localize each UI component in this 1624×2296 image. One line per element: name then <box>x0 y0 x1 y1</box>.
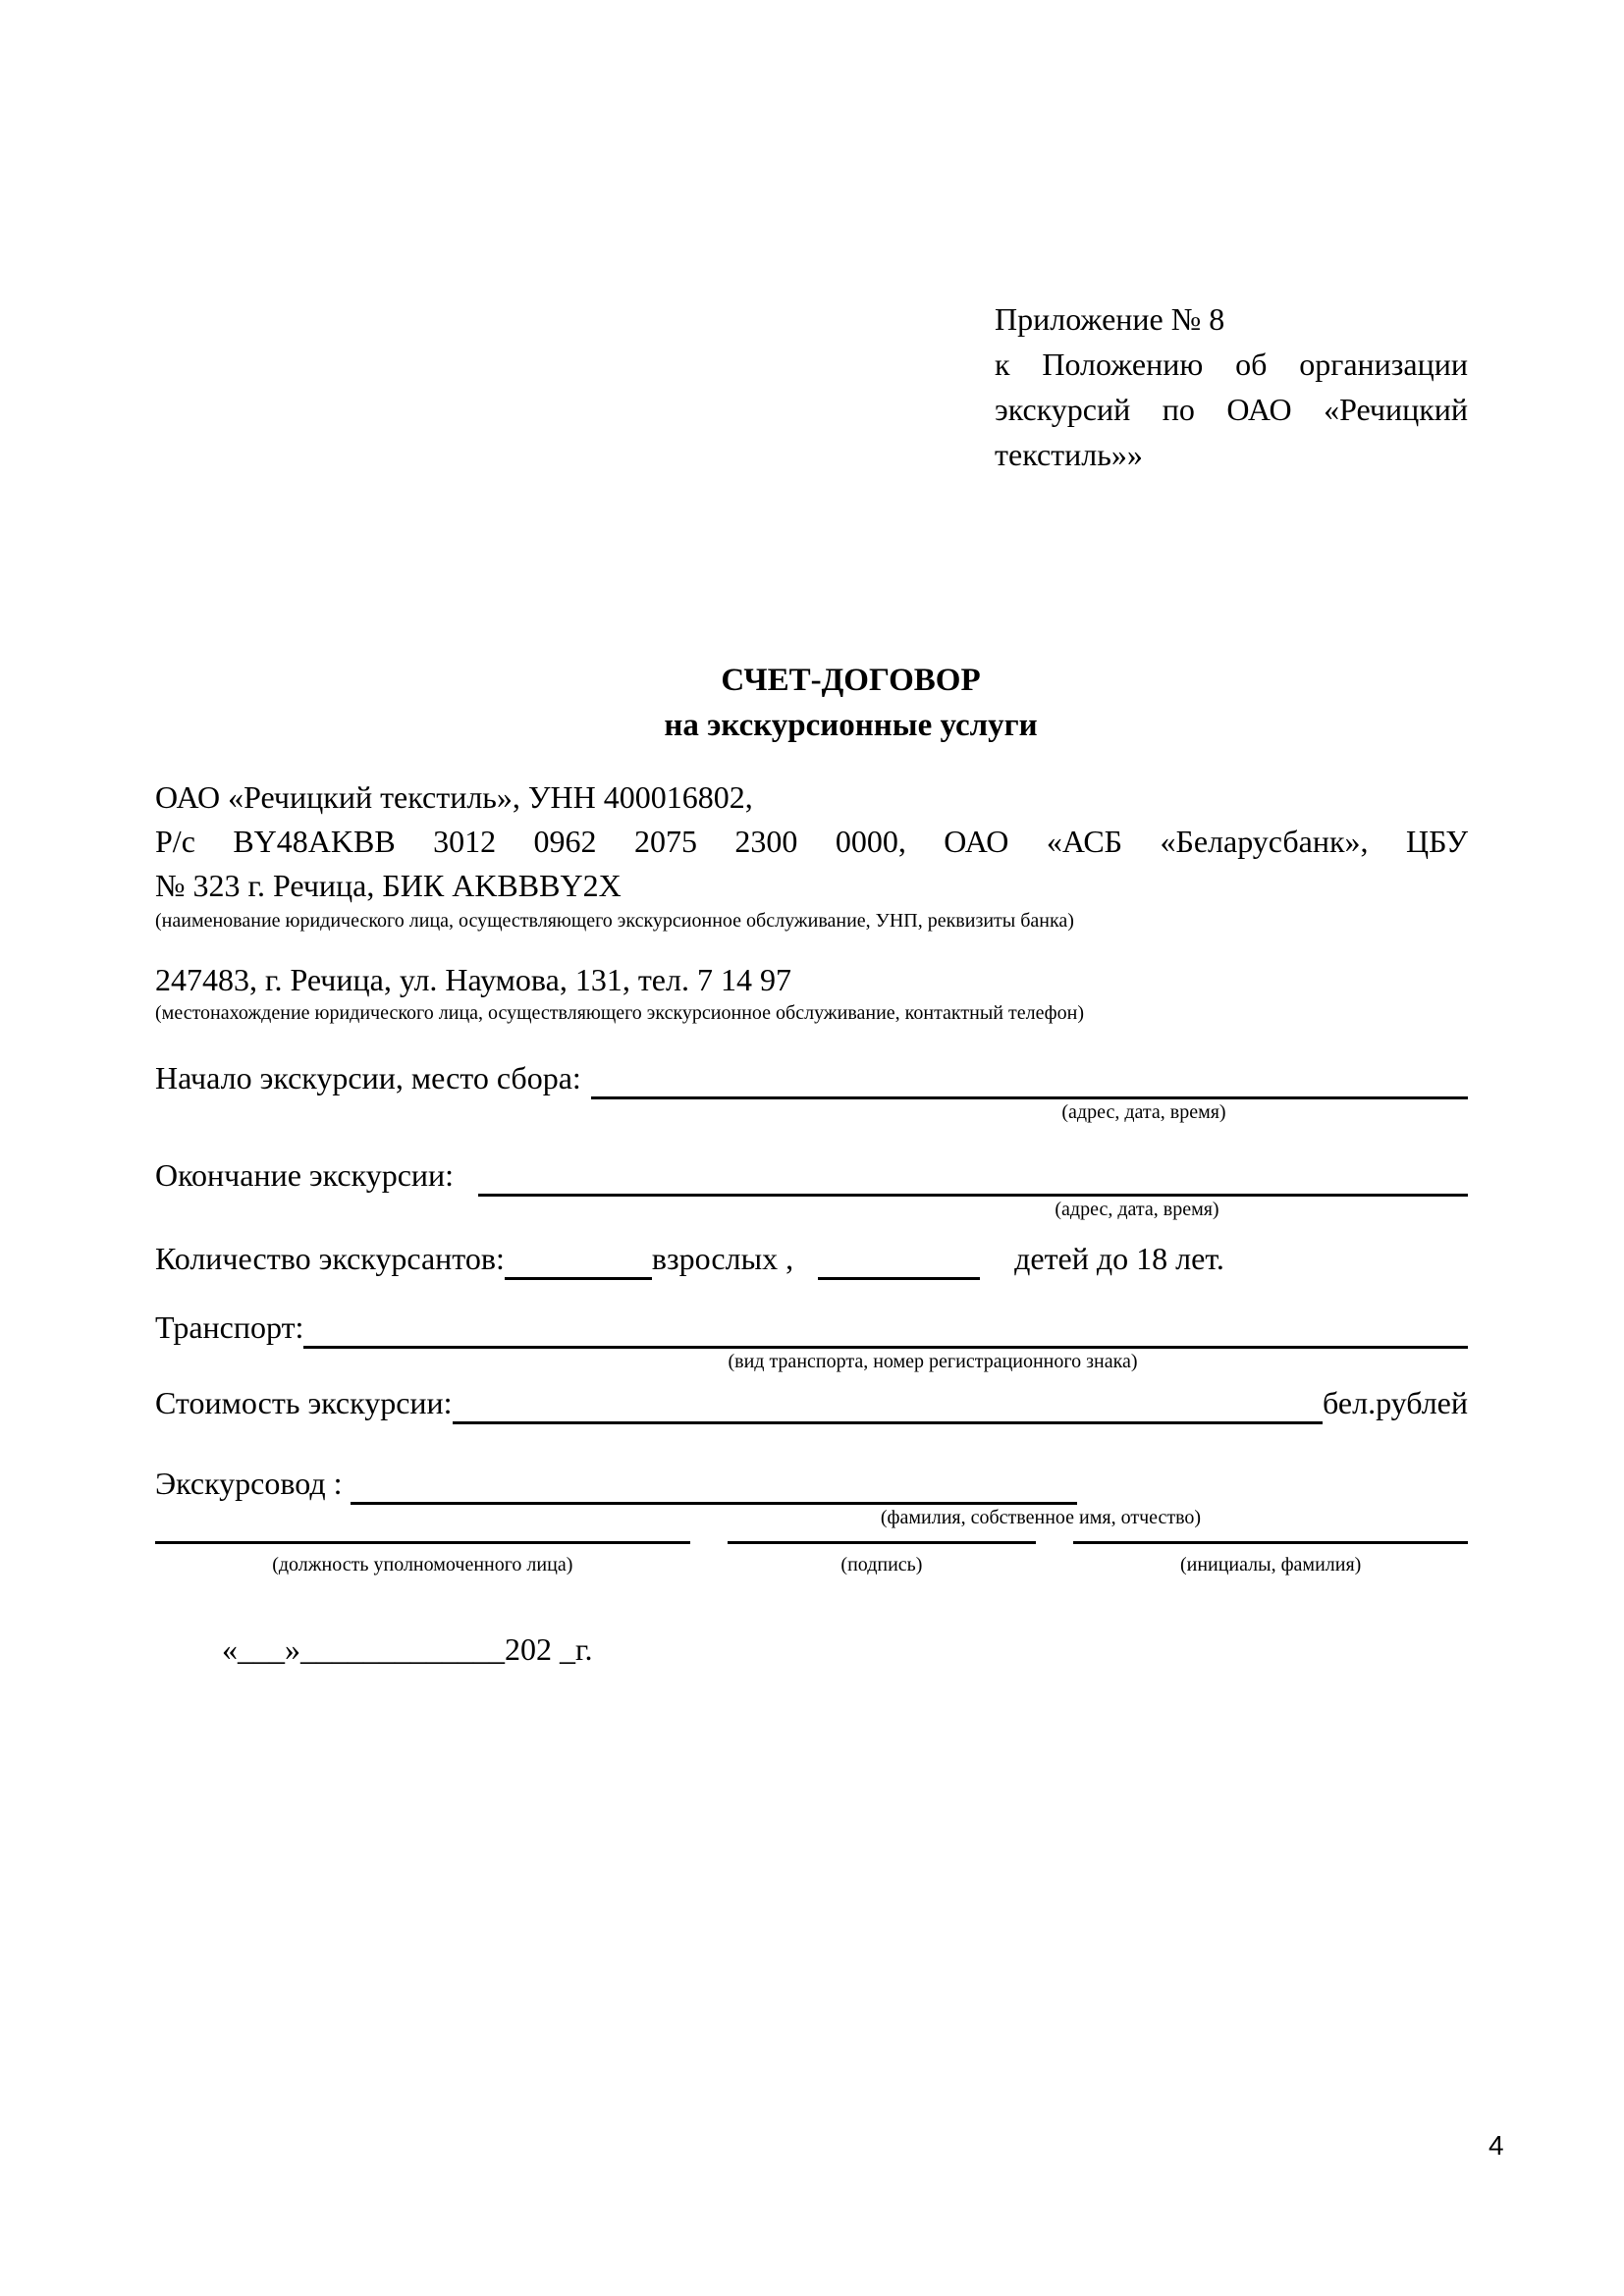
document-content: Приложение № 8 к Положению об организаци… <box>0 296 1624 1671</box>
field-end-row: Окончание экскурсии: <box>155 1153 1468 1197</box>
guide-caption: (фамилия, собственное имя, отчество) <box>746 1505 1335 1531</box>
start-label: Начало экскурсии, место сбора: <box>155 1056 581 1099</box>
signature-name-blank <box>1073 1541 1468 1544</box>
cost-suffix: бел.рублей <box>1323 1381 1468 1424</box>
company-caption: (наименование юридического лица, осущест… <box>155 908 1468 934</box>
page-number: 4 <box>1489 2130 1504 2162</box>
appendix-line: текстиль»» <box>995 432 1468 477</box>
company-line: Р/с BY48AKBB 3012 0962 2075 2300 0000, О… <box>155 820 1468 864</box>
signature-name-col: (инициалы, фамилия) <box>1073 1541 1468 1578</box>
signature-position-caption: (должность уполномоченного лица) <box>155 1552 690 1578</box>
company-address: 247483, г. Речица, ул. Наумова, 131, тел… <box>155 959 1468 1000</box>
signature-name-caption: (инициалы, фамилия) <box>1073 1552 1468 1578</box>
field-participants-row: Количество экскурсантов: взрослых , дете… <box>155 1237 1468 1280</box>
document-page: Приложение № 8 к Положению об организаци… <box>0 0 1624 2296</box>
start-blank <box>591 1057 1468 1099</box>
participants-label: Количество экскурсантов: <box>155 1237 505 1280</box>
field-start-row: Начало экскурсии, место сбора: <box>155 1056 1468 1099</box>
document-title: СЧЕТ-ДОГОВОР на экскурсионные услуги <box>234 658 1468 748</box>
adults-label: взрослых , <box>652 1237 793 1280</box>
signature-position-blank <box>155 1541 690 1544</box>
guide-blank <box>351 1463 1077 1505</box>
adults-count-blank <box>505 1238 652 1280</box>
company-line: ОАО «Речицкий текстиль», УНН 400016802, <box>155 775 1468 820</box>
field-guide-row: Экскурсовод : <box>155 1462 1468 1505</box>
appendix-line: к Положению об организации <box>995 342 1468 387</box>
start-caption: (адрес, дата, время) <box>849 1099 1438 1126</box>
appendix-line: Приложение № 8 <box>995 296 1468 342</box>
signature-sign-caption: (подпись) <box>728 1552 1037 1578</box>
transport-caption: (вид транспорта, номер регистрационного … <box>638 1349 1227 1375</box>
cost-label: Стоимость экскурсии: <box>155 1381 453 1424</box>
field-transport-row: Транспорт: <box>155 1306 1468 1349</box>
end-blank <box>478 1154 1468 1197</box>
signature-row: (должность уполномоченного лица) (подпис… <box>155 1541 1468 1578</box>
company-details: ОАО «Речицкий текстиль», УНН 400016802, … <box>155 775 1468 908</box>
document-title-line2: на экскурсионные услуги <box>234 703 1468 748</box>
transport-blank <box>303 1307 1468 1349</box>
date-line: «___»_____________202 _г. <box>222 1628 1468 1671</box>
company-line: № 323 г. Речица, БИК AKBBBY2X <box>155 864 1468 908</box>
field-cost-row: Стоимость экскурсии: бел.рублей <box>155 1381 1468 1424</box>
signature-sign-col: (подпись) <box>728 1541 1037 1578</box>
children-label: детей до 18 лет. <box>1014 1237 1224 1280</box>
end-label: Окончание экскурсии: <box>155 1153 454 1197</box>
signature-sign-blank <box>728 1541 1037 1544</box>
children-count-blank <box>818 1238 980 1280</box>
document-title-line1: СЧЕТ-ДОГОВОР <box>234 658 1468 703</box>
cost-blank <box>453 1382 1323 1424</box>
appendix-line: экскурсий по ОАО «Речицкий <box>995 387 1468 432</box>
signature-position-col: (должность уполномоченного лица) <box>155 1541 690 1578</box>
transport-label: Транспорт: <box>155 1306 303 1349</box>
end-caption: (адрес, дата, время) <box>842 1197 1432 1223</box>
guide-label: Экскурсовод : <box>155 1462 343 1505</box>
appendix-note: Приложение № 8 к Положению об организаци… <box>995 296 1468 477</box>
address-caption: (местонахождение юридического лица, осущ… <box>155 1000 1468 1027</box>
